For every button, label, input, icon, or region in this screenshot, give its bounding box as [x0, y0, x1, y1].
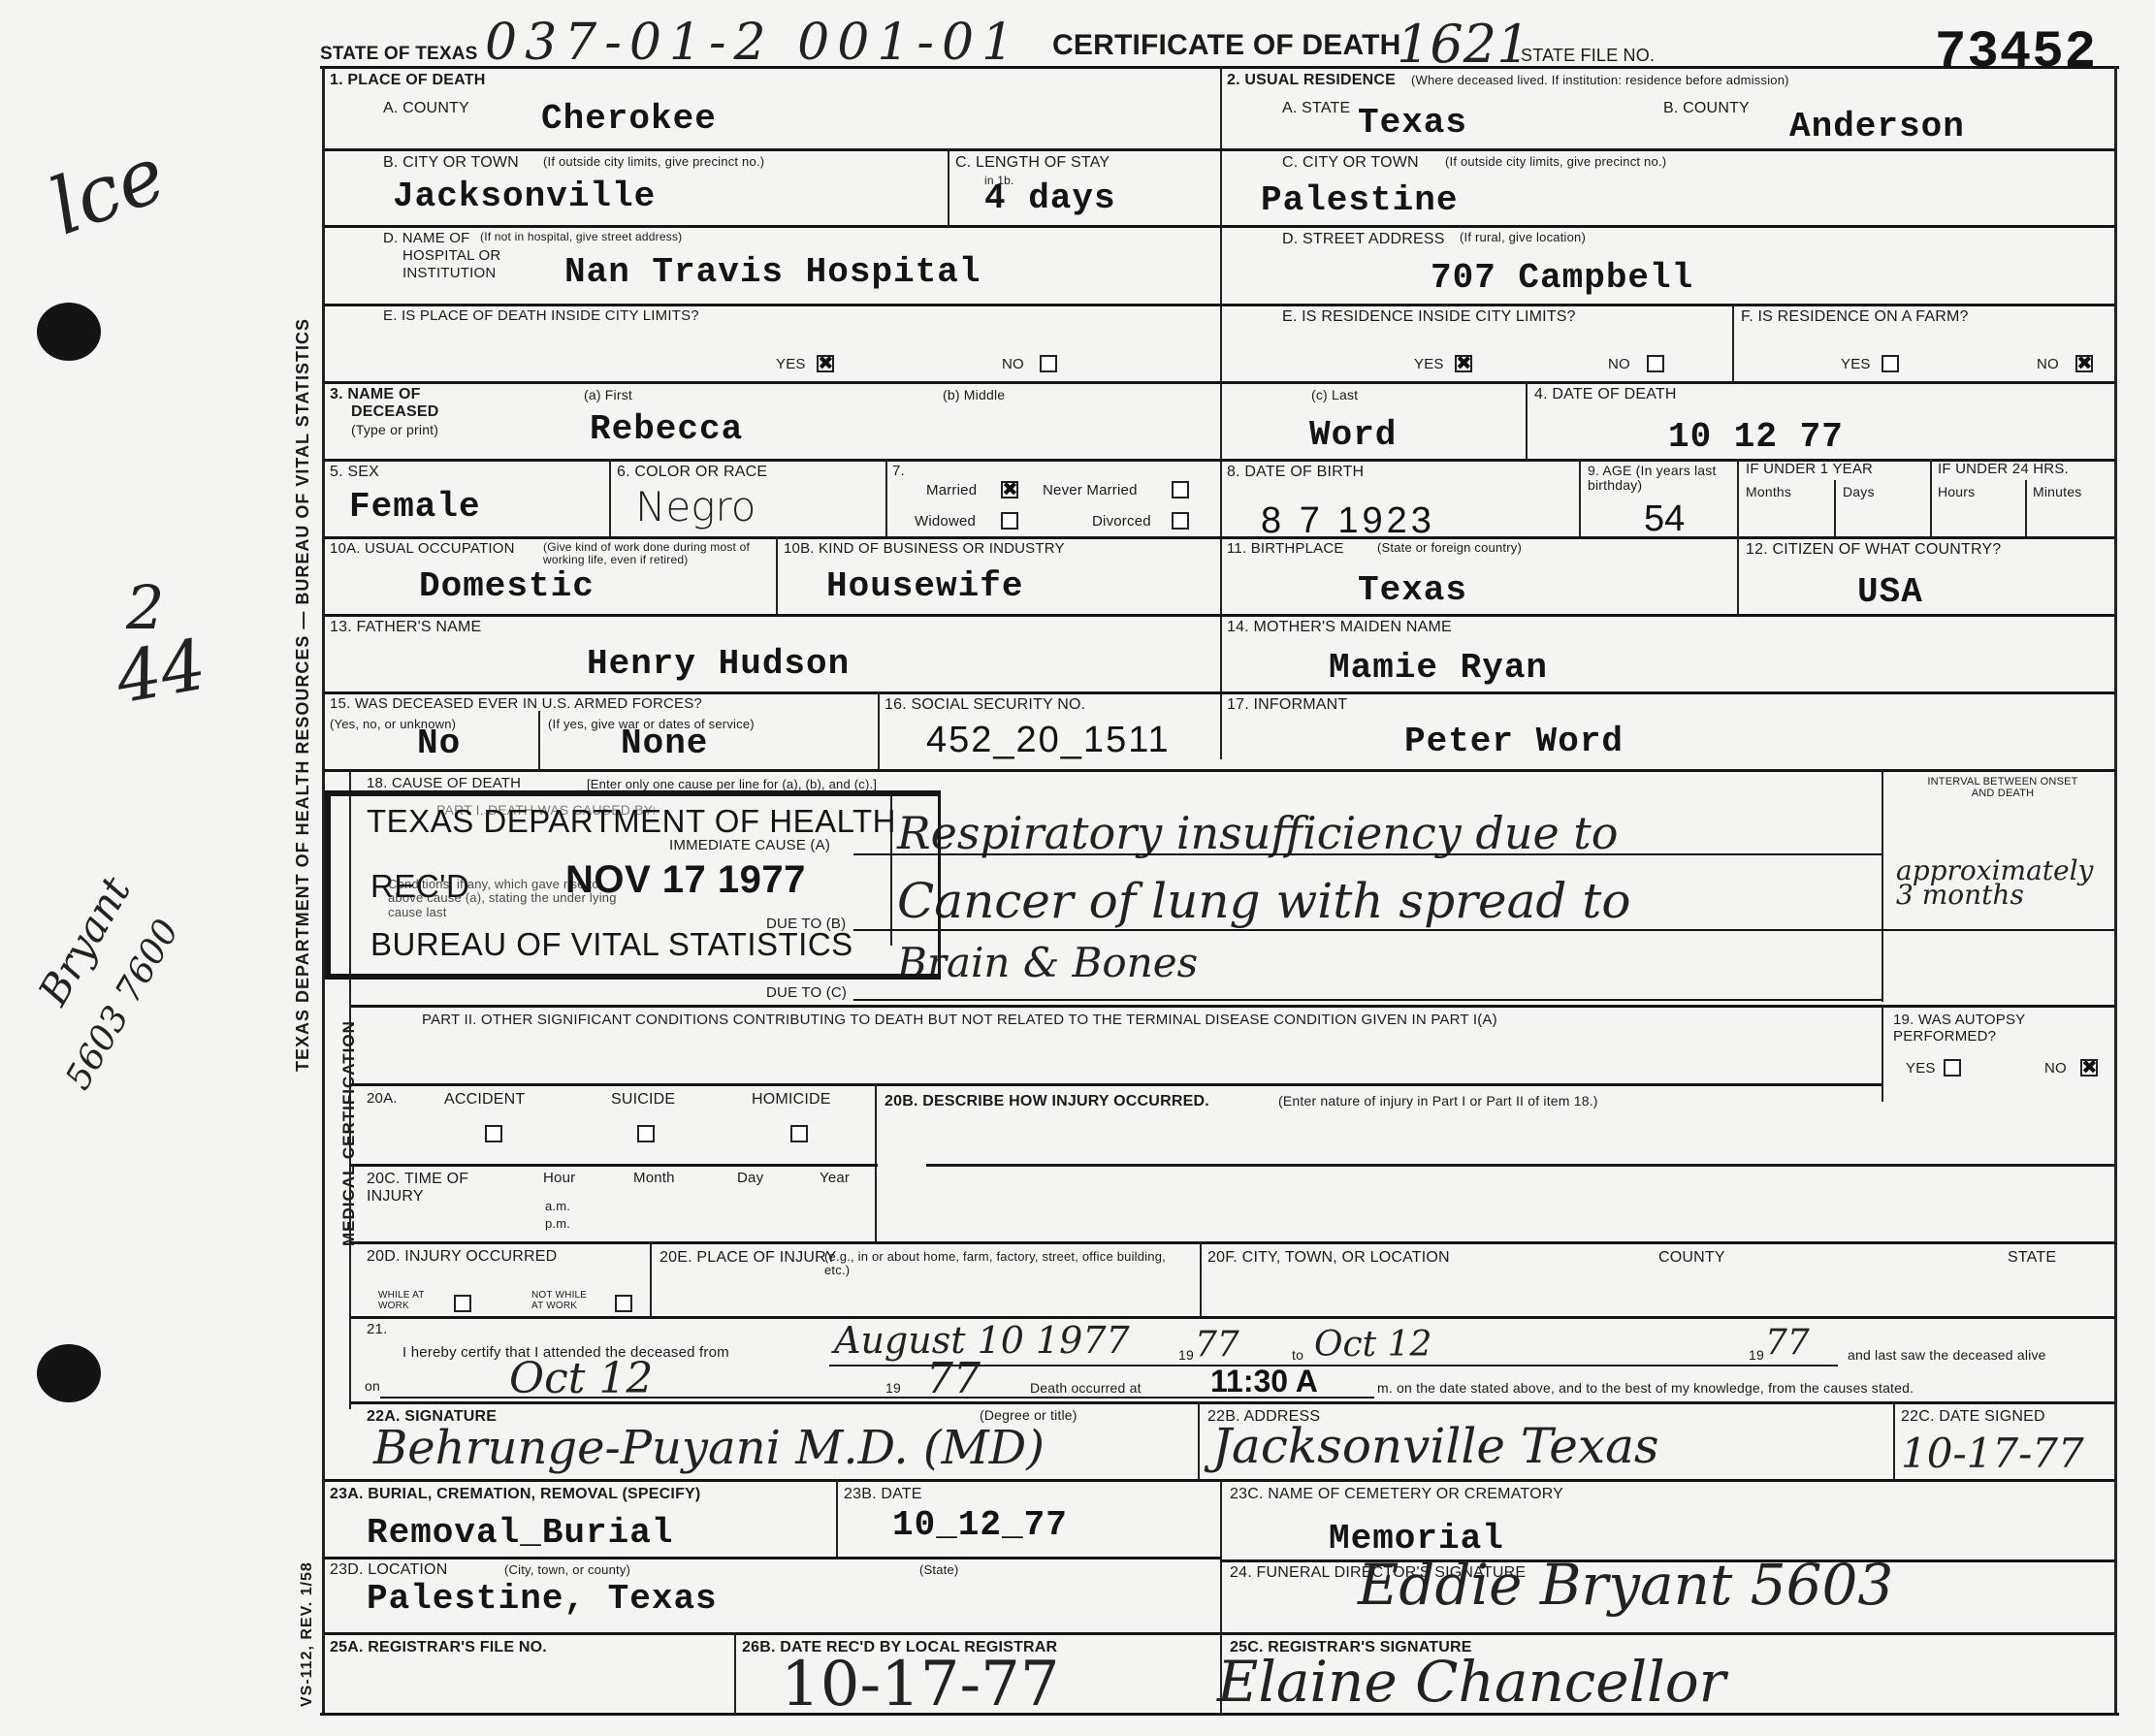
cert-19c: 19: [885, 1381, 901, 1396]
day-label: Day: [737, 1171, 763, 1187]
row-rule: [324, 148, 2114, 151]
widowed-checkbox[interactable]: [1001, 512, 1018, 530]
date-signed-label: 22c. DATE SIGNED: [1901, 1408, 2045, 1426]
never-married-label: Never Married: [1043, 483, 1138, 499]
hospital-label-3: INSTITUTION: [402, 266, 496, 282]
accident-checkbox[interactable]: [485, 1125, 502, 1142]
cert-on-label: on: [365, 1379, 380, 1394]
hospital-label-2: HOSPITAL OR: [402, 248, 500, 265]
sex-label: 5. SEX: [330, 464, 379, 481]
birth-date-label: 8. DATE OF BIRTH: [1227, 464, 1364, 481]
injury-location-label: 20f. CITY, TOWN, OR LOCATION: [1207, 1249, 1450, 1267]
month-label: Month: [633, 1171, 675, 1187]
street-label: d. STREET ADDRESS: [1282, 231, 1445, 248]
row-rule: [349, 1316, 2114, 1319]
burial-method[interactable]: Removal_Burial: [367, 1513, 673, 1553]
street-hint: (If rural, give location): [1460, 231, 1586, 244]
cert-19a: 19: [1178, 1348, 1194, 1363]
col-divider: [609, 459, 611, 536]
certificate-title: CERTIFICATE OF DEATH: [1052, 29, 1401, 61]
armed-service[interactable]: None: [621, 723, 708, 763]
father-label: 13. FATHER'S NAME: [330, 619, 481, 636]
punch-hole-top: [37, 303, 101, 361]
informant[interactable]: Peter Word: [1404, 722, 1624, 761]
farm-no-checkbox[interactable]: [2075, 355, 2093, 372]
res-inside-city-no-checkbox[interactable]: [1647, 355, 1664, 372]
citizen[interactable]: USA: [1857, 572, 1923, 612]
autopsy-label: 19. WAS AUTOPSY PERFORMED?: [1893, 1013, 2111, 1045]
col-divider: [734, 1632, 736, 1715]
death-inside-city-no-checkbox[interactable]: [1040, 355, 1057, 372]
suicide-checkbox[interactable]: [637, 1125, 655, 1142]
at-work-label: WHILE AT WORK: [378, 1290, 436, 1311]
not-at-work-label: NOT WHILE AT WORK: [531, 1290, 599, 1311]
row-rule: [324, 381, 2114, 384]
row-rule: [324, 1632, 2114, 1635]
col-divider: [878, 691, 880, 769]
margin-note-top: lce: [39, 129, 177, 253]
cert-text-3: m. on the date stated above, and to the …: [1377, 1381, 1914, 1396]
age[interactable]: 54: [1644, 498, 1685, 540]
deceased-name-label: 3. NAME OF: [330, 386, 421, 403]
deceased-name-label-2: DECEASED: [351, 403, 439, 421]
length-of-stay[interactable]: 4 days: [984, 178, 1116, 218]
occupation-label: 10a. USUAL OCCUPATION: [330, 541, 515, 558]
stamp-line-3: BUREAU OF VITAL STATISTICS: [370, 926, 853, 963]
date-of-death[interactable]: 10 12 77: [1668, 417, 1844, 457]
funeral-director-signature: Eddie Bryant 5603: [1358, 1552, 1893, 1618]
death-inside-city-yes-checkbox[interactable]: [817, 355, 834, 372]
middle-name-label: (b) Middle: [943, 388, 1005, 402]
registrar-signature: Elaine Chancellor: [1217, 1649, 1725, 1715]
farm-yes-checkbox[interactable]: [1882, 355, 1899, 372]
occupation[interactable]: Domestic: [419, 566, 595, 606]
injury-type-label: 20a.: [367, 1091, 398, 1108]
occupation-hint: (Give kind of work done during most of w…: [543, 541, 771, 566]
last-name-label: (c) Last: [1311, 388, 1358, 402]
never-married-checkbox[interactable]: [1172, 481, 1189, 498]
cert-to-date[interactable]: Oct 12: [1314, 1325, 1431, 1365]
homicide-checkbox[interactable]: [790, 1125, 808, 1142]
hospital-hint: (If not in hospital, give street address…: [480, 231, 682, 243]
residence-label: 2. USUAL RESIDENCE: [1227, 72, 1396, 89]
months-label: Months: [1746, 485, 1791, 499]
col-divider: [885, 459, 887, 536]
describe-injury-input[interactable]: [926, 1164, 2114, 1167]
col-divider: [1737, 536, 1739, 614]
burial-location-hint: (City, town, or county): [504, 1563, 630, 1577]
side-label-department: TEXAS DEPARTMENT OF HEALTH RESOURCES — B…: [293, 318, 313, 1072]
cert-19b: 19: [1749, 1348, 1764, 1363]
death-county[interactable]: Cherokee: [541, 99, 717, 139]
center-divider: [1220, 66, 1222, 759]
farm-yes-label: YES: [1841, 357, 1871, 373]
marital-label: 7.: [892, 464, 905, 480]
pm-label: p.m.: [545, 1217, 570, 1231]
birthplace-hint: (State or foreign country): [1377, 541, 1522, 555]
due-to-c-handwritten[interactable]: Brain & Bones: [897, 939, 1198, 986]
autopsy-yes-checkbox[interactable]: [1944, 1059, 1961, 1077]
physician-address: Jacksonville Texas: [1212, 1418, 1659, 1474]
age-label: 9. AGE (In years last birthday): [1588, 464, 1733, 494]
row-rule: [324, 304, 2114, 306]
accident-label: ACCIDENT: [444, 1091, 525, 1109]
header-handwritten-number: 037-01-2 001-01: [485, 14, 1021, 72]
place-of-death-label: 1. PLACE OF DEATH: [330, 72, 485, 89]
col-divider: [1200, 1241, 1202, 1316]
cert-to-year[interactable]: 77: [1765, 1323, 1810, 1363]
sex[interactable]: Female: [349, 487, 481, 527]
residence-city[interactable]: Palestine: [1261, 180, 1458, 220]
registrar-file-label: 25a. REGISTRAR'S FILE NO.: [330, 1639, 547, 1656]
res-state-label: a. STATE: [1282, 100, 1350, 117]
divorced-label: Divorced: [1092, 514, 1151, 530]
immediate-cause[interactable]: Respiratory insufficiency due to: [897, 807, 1618, 859]
stamp-line-1: TEXAS DEPARTMENT OF HEALTH: [367, 803, 896, 840]
autopsy-no-checkbox[interactable]: [2080, 1059, 2098, 1077]
cause-line-c: [853, 999, 1882, 1001]
ssn-label: 16. SOCIAL SECURITY NO.: [885, 696, 1085, 714]
minutes-label: Minutes: [2033, 485, 2081, 499]
cert-line-2: [380, 1397, 1374, 1398]
ssn[interactable]: 452_20_1511: [926, 720, 1171, 761]
cemetery-label: 23c. NAME OF CEMETERY OR CREMATORY: [1230, 1486, 1563, 1503]
race[interactable]: Negro: [635, 483, 756, 530]
industry-label: 10b. KIND OF BUSINESS OR INDUSTRY: [784, 541, 1065, 558]
stay-label: c. LENGTH OF STAY: [955, 154, 1110, 172]
burial-state-hint: (State): [919, 1563, 958, 1577]
death-no-label: NO: [1002, 357, 1024, 373]
res-city-limits-label: e. IS RESIDENCE INSIDE CITY LIMITS?: [1282, 308, 1576, 326]
city-hint: (If outside city limits, give precinct n…: [543, 155, 764, 169]
res-no-label: NO: [1608, 357, 1630, 373]
death-city[interactable]: Jacksonville: [393, 177, 656, 216]
first-name[interactable]: Rebecca: [590, 409, 743, 449]
col-divider: [1893, 1401, 1895, 1479]
burial-date[interactable]: 10_12_77: [892, 1505, 1068, 1545]
describe-hint: (Enter nature of injury in Part I or Par…: [1278, 1094, 1598, 1109]
col-divider: [1579, 459, 1581, 536]
interval[interactable]: approximately 3 months: [1896, 858, 2109, 907]
residence-hint: (Where deceased lived. If institution: r…: [1411, 74, 1789, 87]
state-file-number: 73452: [1935, 23, 2097, 82]
last-name[interactable]: Word: [1309, 415, 1397, 455]
citizen-label: 12. CITIZEN OF WHAT COUNTRY?: [1746, 541, 2001, 559]
col-divider: [875, 1083, 877, 1241]
date-of-death-label: 4. DATE OF DEATH: [1534, 386, 1677, 403]
col-divider: [1882, 1005, 1883, 1102]
time-of-injury-label: 20c. TIME OF INJURY: [367, 1171, 483, 1205]
birthplace[interactable]: Texas: [1358, 570, 1467, 610]
birth-date[interactable]: 8 7 1923: [1261, 500, 1435, 542]
res-city-hint: (If outside city limits, give precinct n…: [1445, 155, 1666, 169]
res-inside-city-yes-checkbox[interactable]: [1455, 355, 1472, 372]
part2-label: PART II. OTHER SIGNIFICANT CONDITIONS CO…: [422, 1013, 1497, 1029]
cert-number-label: 21.: [367, 1322, 387, 1338]
due-to-b[interactable]: Cancer of lung with spread to: [897, 873, 1631, 929]
married-checkbox[interactable]: [1001, 481, 1018, 498]
residence-street[interactable]: 707 Campbell: [1431, 258, 1693, 298]
row-rule: [349, 1241, 2114, 1244]
res-city-label: c. CITY OR TOWN: [1282, 154, 1419, 172]
form-code: VS-112, REV. 1/58: [299, 1561, 316, 1707]
mother-name[interactable]: Mamie Ryan: [1329, 648, 1548, 688]
col-divider: [1930, 459, 1932, 536]
row-rule: [324, 614, 2114, 617]
cert-text-2: and last saw the deceased alive: [1848, 1348, 2046, 1363]
hospital-label: d. NAME OF: [383, 231, 470, 247]
cause-line-a: [853, 853, 1882, 855]
col-divider: [1732, 304, 1734, 381]
residence-county[interactable]: Anderson: [1789, 107, 1965, 146]
punch-hole-bottom: [37, 1344, 101, 1402]
farm-label: f. IS RESIDENCE ON A FARM?: [1741, 308, 1969, 326]
industry[interactable]: Housewife: [826, 566, 1023, 606]
death-time[interactable]: 11:30 A: [1210, 1364, 1318, 1399]
deceased-name-hint: (Type or print): [351, 423, 438, 437]
row-rule: [324, 769, 2114, 772]
injury-county-label: COUNTY: [1658, 1249, 1725, 1267]
death-at-label: Death occurred at: [1030, 1381, 1142, 1396]
residence-state[interactable]: Texas: [1358, 103, 1467, 143]
received-date[interactable]: 10-17-77: [781, 1649, 1060, 1720]
hour-label: Hour: [543, 1171, 575, 1187]
city-label: b. CITY OR TOWN: [383, 154, 519, 172]
col-divider: [1198, 1401, 1200, 1479]
physician-signature: Behrunge-Puyani M.D. (MD): [373, 1421, 1045, 1475]
autopsy-no-label: NO: [2044, 1061, 2067, 1077]
death-yes-label: YES: [776, 357, 806, 373]
suicide-label: SUICIDE: [611, 1091, 675, 1109]
homicide-label: HOMICIDE: [752, 1091, 831, 1109]
col-divider: [2025, 480, 2027, 536]
death-city-limits-label: e. IS PLACE OF DEATH INSIDE CITY LIMITS?: [383, 308, 699, 325]
row-rule: [324, 691, 2114, 694]
describe-label: 20b. DESCRIBE HOW INJURY OCCURRED.: [885, 1093, 1209, 1110]
year-label: Year: [820, 1171, 850, 1187]
place-of-injury-label: 20e. PLACE OF INJURY: [659, 1249, 836, 1267]
divorced-checkbox[interactable]: [1172, 512, 1189, 530]
cert-line-1: [829, 1365, 1838, 1366]
cert-from-year[interactable]: 77: [1195, 1325, 1239, 1365]
armed-forces-label: 15. WAS DECEASED EVER IN U.S. ARMED FORC…: [330, 696, 702, 713]
state-of-texas-label: STATE OF TEXAS: [320, 45, 478, 65]
row-rule: [324, 536, 2114, 539]
col-divider: [948, 148, 949, 226]
stamp-date: NOV 17 1977: [565, 858, 806, 902]
burial-method-label: 23a. BURIAL, CREMATION, REMOVAL (Specify…: [330, 1486, 700, 1503]
farm-no-label: NO: [2037, 357, 2059, 373]
col-divider: [1834, 480, 1836, 536]
row-rule: [324, 225, 2114, 228]
cert-from-date[interactable]: August 10 1977: [834, 1319, 1130, 1362]
cert-to-label: to: [1292, 1348, 1303, 1363]
first-name-label: (a) First: [584, 388, 632, 402]
col-divider: [650, 1241, 652, 1316]
right-frame: [2114, 66, 2117, 1715]
col-divider: [776, 536, 778, 614]
row-rule: [349, 1164, 878, 1167]
col-divider: [1737, 459, 1739, 536]
interval-line: [1882, 929, 2114, 931]
row-rule: [349, 1005, 2114, 1008]
informant-label: 17. INFORMANT: [1227, 696, 1347, 714]
date-signed[interactable]: 10-17-77: [1901, 1430, 2084, 1477]
under-24-label: IF UNDER 24 HRS.: [1938, 462, 2069, 478]
col-divider: [538, 711, 540, 769]
burial-date-label: 23b. DATE: [844, 1486, 922, 1503]
stamp-line-2-prefix: REC'D: [370, 868, 469, 905]
county-label: a. COUNTY: [383, 100, 469, 117]
father-name[interactable]: Henry Hudson: [587, 644, 850, 684]
birthplace-label: 11. BIRTHPLACE: [1227, 541, 1344, 558]
injury-state-label: STATE: [2008, 1249, 2056, 1267]
married-label: Married: [926, 483, 977, 499]
due-c-label: DUE TO (c): [766, 985, 847, 1002]
cause-line-b: [853, 929, 1882, 931]
days-label: Days: [1843, 485, 1875, 499]
armed-forces[interactable]: No: [417, 723, 461, 763]
widowed-label: Widowed: [915, 514, 976, 530]
place-of-injury-hint: (e.g., in or about home, farm, factory, …: [824, 1250, 1193, 1278]
col-divider: [1882, 769, 1883, 1002]
race-label: 6. COLOR OR RACE: [617, 464, 767, 481]
col-divider: [1526, 381, 1528, 459]
injury-occurred-label: 20d. INJURY OCCURRED: [367, 1248, 557, 1266]
at-work-checkbox[interactable]: [454, 1295, 471, 1312]
margin-note-middle-2: 44: [110, 624, 211, 720]
row-rule: [349, 1083, 1882, 1086]
interval-label: INTERVAL BETWEEN ONSET AND DEATH: [1925, 776, 2080, 799]
burial-location-label: 23d. LOCATION: [330, 1561, 447, 1579]
res-county-label: b. COUNTY: [1663, 100, 1750, 117]
row-rule: [349, 1401, 2114, 1404]
burial-location[interactable]: Palestine, Texas: [367, 1579, 718, 1619]
under-year-label: IF UNDER 1 YEAR: [1746, 462, 1873, 478]
autopsy-yes-label: YES: [1906, 1061, 1936, 1077]
mother-label: 14. MOTHER'S MAIDEN NAME: [1227, 619, 1452, 636]
hours-label: Hours: [1938, 485, 1975, 499]
state-file-label: STATE FILE NO.: [1521, 47, 1655, 66]
row-rule: [324, 1479, 2114, 1482]
col-divider: [836, 1479, 838, 1557]
not-at-work-checkbox[interactable]: [615, 1295, 632, 1312]
row-rule: [324, 1557, 1222, 1559]
res-yes-label: YES: [1414, 357, 1444, 373]
am-label: a.m.: [545, 1200, 570, 1213]
hospital-name[interactable]: Nan Travis Hospital: [564, 252, 981, 292]
